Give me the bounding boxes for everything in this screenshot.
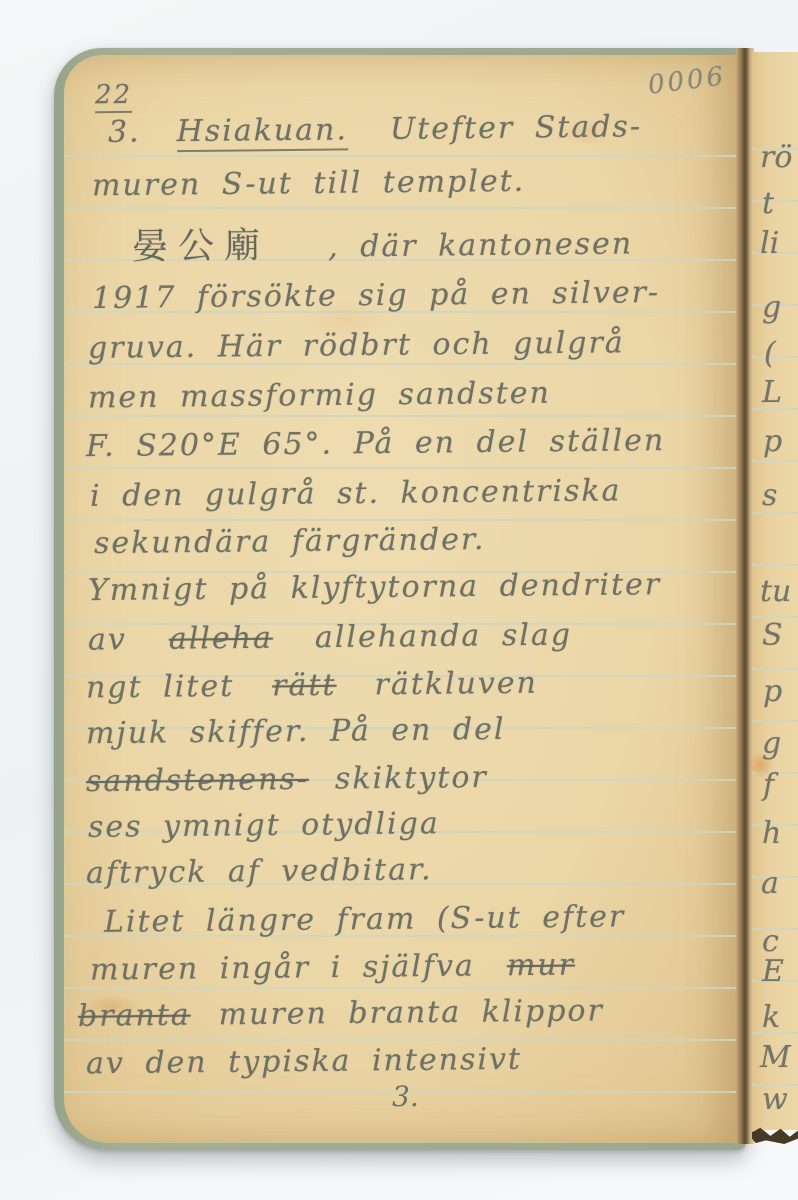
handwriting-text: , där kantonesen (328, 226, 633, 264)
handwriting-line: Litet längre fram (S-ut efter (104, 899, 638, 940)
handwriting-text: 3. (108, 115, 141, 150)
handwriting-text: men massformig sandsten (88, 376, 551, 416)
handwriting-line: 1917 försökte sig på en silver- (92, 275, 672, 316)
handwriting-line: mjuk skiffer. På en del (86, 712, 518, 752)
handwriting-text: alleha (169, 621, 273, 657)
handwriting-fragment: s (762, 478, 777, 513)
handwriting-line: 3.Hsiakuan.Utefter Stads- (108, 109, 654, 153)
handwriting-fragment: tu (760, 574, 791, 609)
handwriting-fragment: a (761, 866, 779, 901)
handwriting-text: mur (507, 948, 575, 984)
handwriting-text: skiktytor (335, 760, 488, 797)
handwriting-text: aftryck af vedbitar. (86, 852, 433, 891)
handwriting-line: aftryck af vedbitar. (86, 852, 445, 891)
handwriting-fragment: h (762, 816, 781, 851)
handwriting-line: muren ingår i själfvamur (90, 947, 587, 987)
handwriting-fragment: p (763, 674, 782, 709)
handwriting-text: 22 (95, 80, 132, 113)
scanned-notebook-spread: 223.Hsiakuan.Utefter Stads-muren S-ut ti… (0, 0, 798, 1200)
handwriting-fragment: p (763, 424, 782, 459)
handwriting-text: allehanda slag (315, 618, 572, 656)
handwriting-line: brantamuren branta klippor (78, 993, 616, 1034)
footer-page-number: 3. (392, 1080, 419, 1113)
handwriting-line: gruva. Här rödbrt och gulgrå (88, 325, 637, 366)
handwriting-text: muren branta klippor (219, 993, 604, 1032)
handwriting-text: ses ymnigt otydliga (88, 806, 440, 845)
handwriting-text: sekundära färgränder. (94, 522, 486, 561)
handwriting-fragment: g (762, 726, 781, 761)
handwriting-line: 22 (95, 80, 144, 114)
handwriting-text: av (88, 622, 127, 657)
handwriting-text: branta (78, 998, 191, 1034)
handwriting-line: avallehaallehanda slag (88, 617, 584, 657)
handwriting-text: rätkluven (374, 666, 538, 703)
handwriting-line: ngt liteträtträtkluven (86, 666, 550, 706)
handwriting-fragment: w (762, 1082, 788, 1117)
handwriting-text: Hsiakuan. (176, 112, 348, 152)
handwriting-text: muren ingår i själfva (90, 949, 475, 988)
handwriting-fragment: li (760, 226, 779, 261)
handwriting-fragment: t (762, 186, 774, 221)
handwriting-line: sandstenens-skiktytor (86, 760, 500, 799)
handwriting-line: men massformig sandsten (88, 376, 563, 416)
handwriting-text: rätt (272, 668, 337, 704)
handwriting-text: Litet längre fram (S-ut efter (104, 899, 626, 939)
handwriting-fragment: L (762, 375, 782, 410)
handwriting-text: Ymnigt på klyftytorna dendriter (88, 567, 662, 608)
handwriting-text: av den typiska intensivt (86, 1042, 522, 1082)
handwriting-fragment: k (762, 1000, 780, 1035)
handwriting-fragment: rö (760, 140, 792, 175)
handwriting-fragment: ( (764, 336, 776, 371)
handwriting-line: Ymnigt på klyftytorna dendriter (88, 567, 674, 608)
handwriting-line: F. S20°E 65°. På en del ställen (86, 423, 678, 464)
handwriting-text: mjuk skiffer. På en del (86, 712, 506, 751)
handwriting-fragment: g (762, 290, 781, 325)
handwriting-line: muren S-ut till templet. (92, 164, 538, 204)
handwriting-line: ses ymnigt otydliga (88, 806, 452, 845)
handwriting-text: ngt litet (86, 669, 235, 706)
handwriting-text: F. S20°E 65°. På en del ställen (86, 423, 666, 464)
handwriting-line: 晏公廟, där kantonesen (132, 213, 646, 269)
handwriting-text: 1917 försökte sig på en silver- (92, 275, 660, 316)
handwriting-text: Utefter Stads- (390, 109, 642, 147)
handwriting-text: muren S-ut till templet. (92, 164, 526, 204)
handwriting-line: sekundära färgränder. (94, 522, 498, 561)
handwriting-text: i den gulgrå st. koncentriska (90, 473, 622, 514)
handwriting-fragment: S (762, 618, 783, 653)
handwriting-text: sandstenens- (86, 762, 309, 799)
handwriting-text: gruva. Här rödbrt och gulgrå (88, 325, 625, 366)
handwriting-fragment: f (763, 768, 774, 803)
handwriting-line: av den typiska intensivt (86, 1042, 534, 1082)
chinese-characters: 晏公廟 (132, 217, 271, 269)
handwriting-line: i den gulgrå st. koncentriska (90, 473, 634, 514)
handwriting-fragment: M (760, 1040, 791, 1075)
handwriting-fragment: E (762, 954, 784, 989)
